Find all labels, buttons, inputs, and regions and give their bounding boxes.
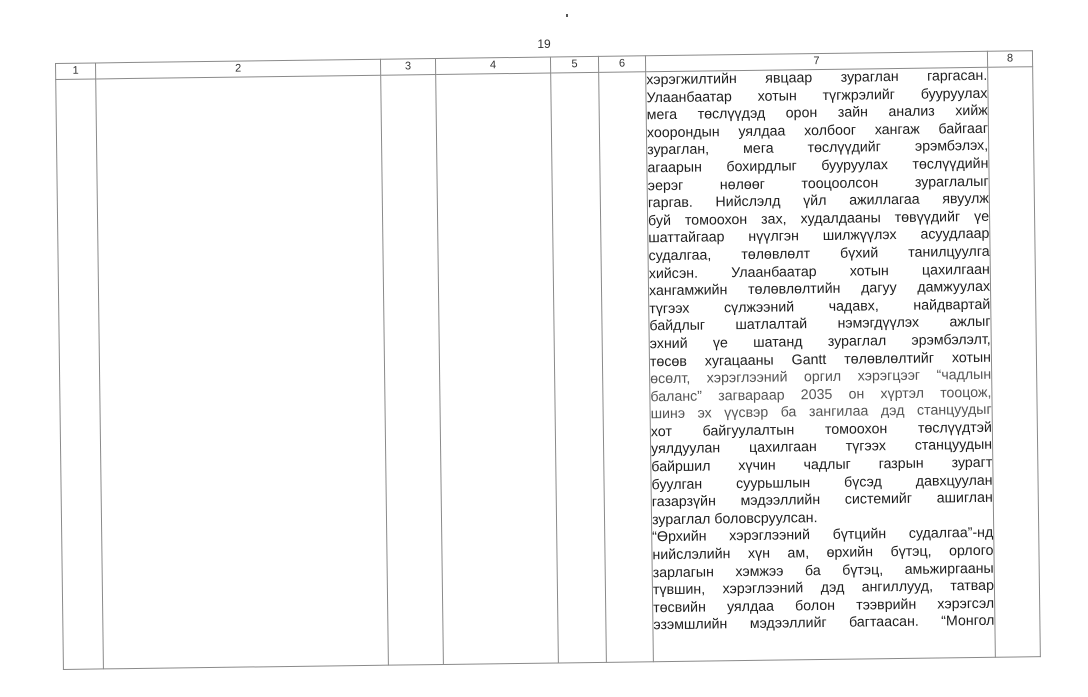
cell-col-2 (96, 75, 389, 669)
header-col-4: 4 (435, 57, 550, 75)
description-text: хэрэгжилтийн явцаар зураглан гаргасан.Ул… (646, 68, 994, 635)
report-table: 1 2 3 4 5 6 7 8 хэрэгжилтийн явцаар зура… (55, 50, 1041, 670)
cell-col-5 (551, 72, 607, 663)
table-row: хэрэгжилтийн явцаар зураглан гаргасан.Ул… (56, 67, 1041, 670)
page-number: 19 (0, 37, 1088, 51)
cell-col-4 (436, 73, 559, 664)
header-col-1: 1 (56, 63, 96, 80)
cell-col-8 (988, 67, 1041, 658)
header-col-8: 8 (987, 51, 1032, 68)
report-table-container: 1 2 3 4 5 6 7 8 хэрэгжилтийн явцаар зура… (55, 50, 1040, 670)
cell-col-6 (599, 72, 654, 663)
description-line: эзэмшлийн мэдээллийг багтаасан. “Монгол (653, 613, 994, 635)
header-col-5: 5 (550, 56, 598, 73)
scan-speck (566, 14, 568, 17)
header-col-6: 6 (598, 56, 645, 73)
cell-col-7-description: хэрэгжилтийн явцаар зураглан гаргасан.Ул… (646, 67, 996, 661)
cell-col-3 (381, 75, 444, 666)
header-col-3: 3 (380, 59, 435, 76)
